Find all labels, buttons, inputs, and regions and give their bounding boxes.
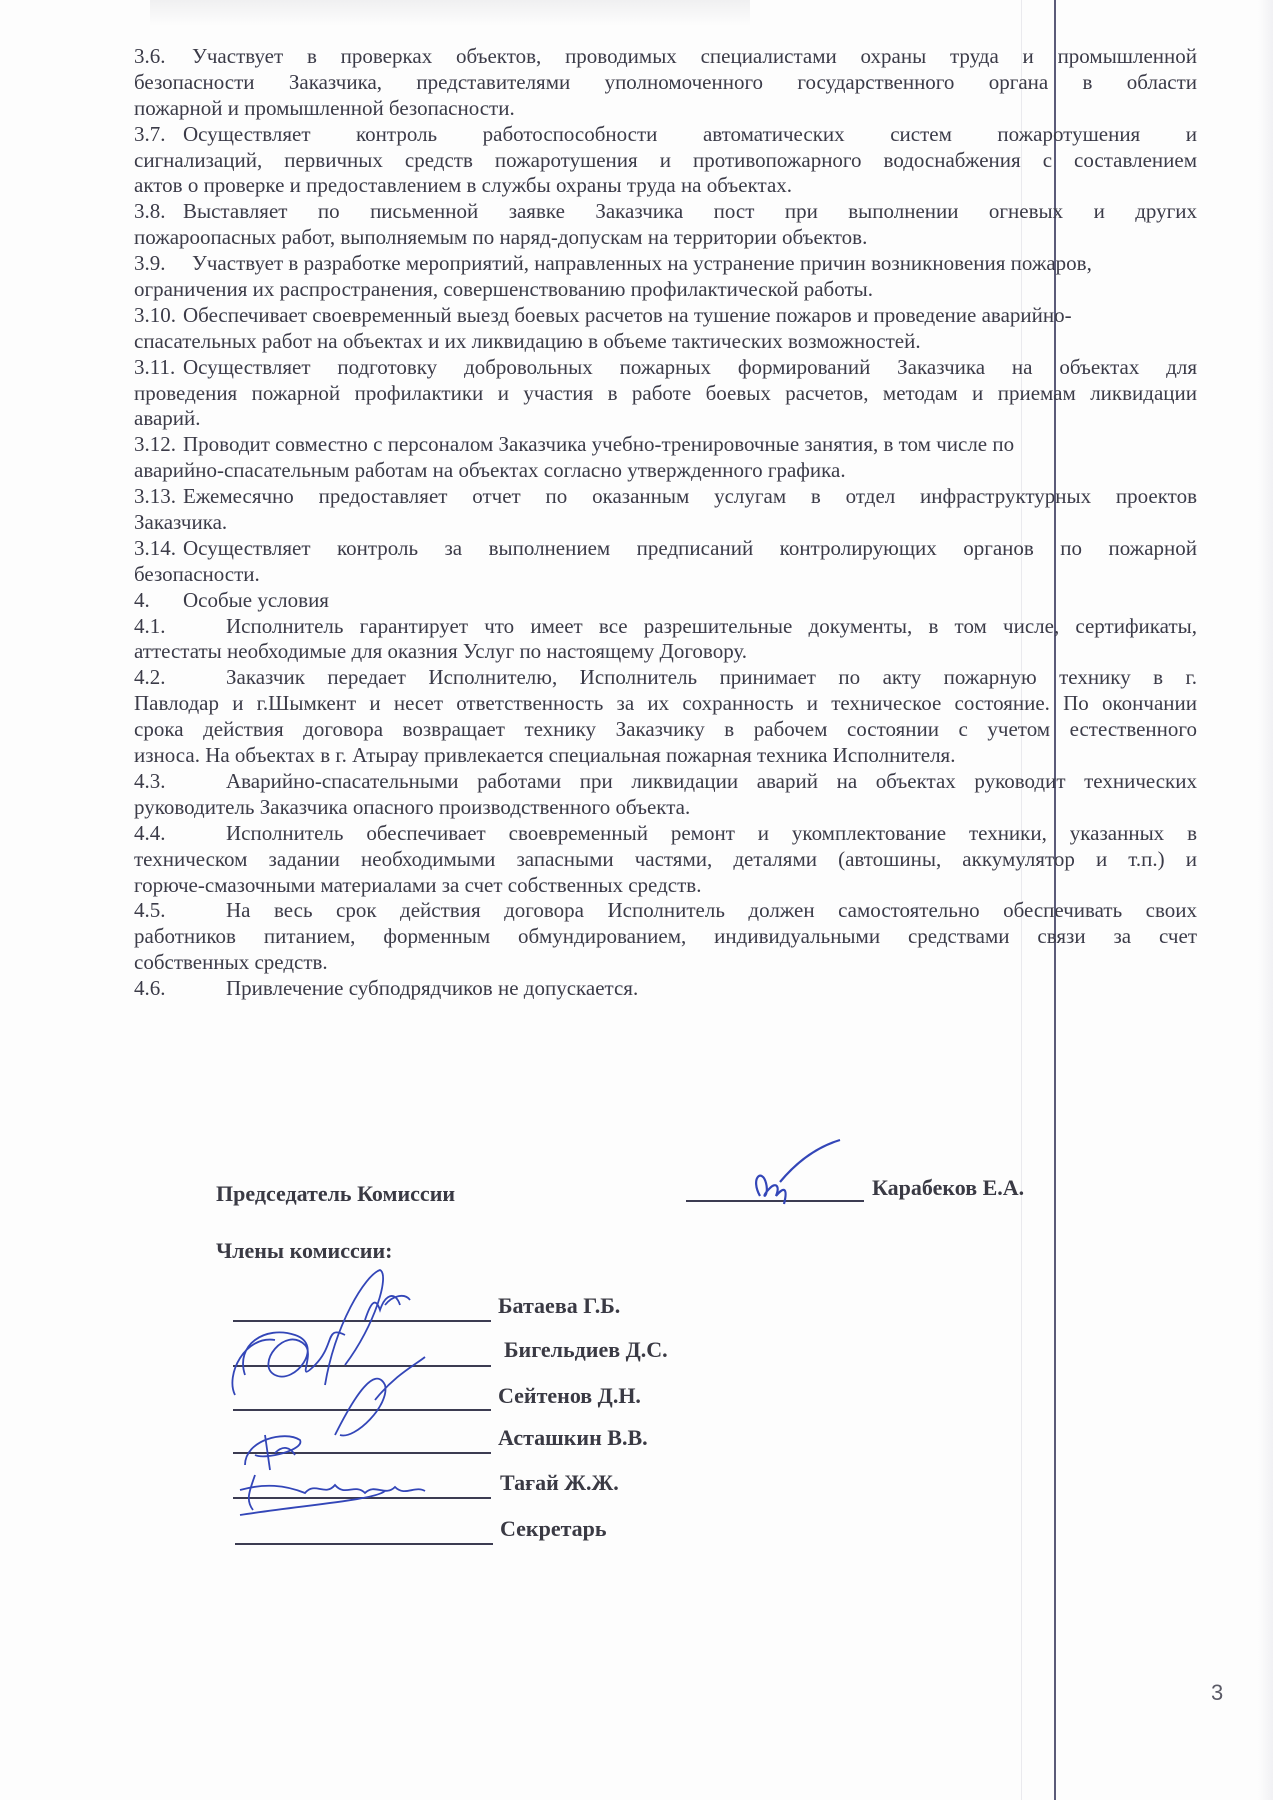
clause-number: 4.2. <box>134 665 226 691</box>
clause-3-8-line-2: пожароопасных работ, выполняемым по наря… <box>134 225 1197 251</box>
member-name-2: Бигельдиев Д.С. <box>504 1337 668 1363</box>
clause-3-11-line-2: проведения пожарной профилактики и участ… <box>134 381 1197 407</box>
member-name-6: Секретарь <box>500 1516 607 1542</box>
page-number: 3 <box>1211 1680 1223 1706</box>
clause-text: Заказчик передает Исполнителю, Исполните… <box>226 665 1197 689</box>
clause-number: 4.1. <box>134 614 226 640</box>
clause-number: 3.12. <box>134 432 183 458</box>
clause-number: 4.3. <box>134 769 226 795</box>
clause-text: Ежемесячно предоставляет отчет по оказан… <box>183 484 1197 508</box>
clause-number: 3.7. <box>134 122 183 148</box>
clause-4-2-line-3: срока действия договора возвращает техни… <box>134 717 1197 743</box>
clause-3-10-line-2: спасательных работ на объектах и их ликв… <box>134 329 1197 355</box>
chairman-signature-icon <box>740 1138 850 1218</box>
clause-4-6-line-1: 4.6.Привлечение субподрядчиков не допуск… <box>134 976 1197 1002</box>
clause-3-7-line-2: сигнализаций, первичных средств пожароту… <box>134 148 1197 174</box>
clause-text: Осуществляет контроль за выполнением пре… <box>183 536 1197 560</box>
contract-clauses: 3.6.Участвует в проверках объектов, пров… <box>134 44 1197 1002</box>
page-edge-shadow <box>1258 0 1273 1800</box>
clause-text: Участвует в проверках объектов, проводим… <box>192 44 1197 68</box>
clause-text: Осуществляет подготовку добровольных пож… <box>183 355 1197 379</box>
clause-4-1-line-1: 4.1.Исполнитель гарантирует что имеет вс… <box>134 614 1197 640</box>
clause-3-6-line-1: 3.6.Участвует в проверках объектов, пров… <box>134 44 1197 70</box>
clause-number: 4.6. <box>134 976 226 1002</box>
section-number: 4. <box>134 588 183 614</box>
member-name-1: Батаева Г.Б. <box>498 1293 620 1319</box>
document-page: 3.6.Участвует в проверках объектов, пров… <box>0 0 1273 1800</box>
clause-3-13-line-1: 3.13.Ежемесячно предоставляет отчет по о… <box>134 484 1197 510</box>
clause-text: На весь срок действия договора Исполните… <box>226 898 1197 922</box>
clause-text: Осуществляет контроль работоспособности … <box>183 122 1197 146</box>
clause-number: 3.6. <box>134 44 192 70</box>
clause-number: 3.14. <box>134 536 183 562</box>
member-name-4: Асташкин В.В. <box>498 1425 648 1451</box>
clause-3-6-line-2: безопасности Заказчика, представителями … <box>134 70 1197 96</box>
clause-3-6-line-3: пожарной и промышленной безопасности. <box>134 96 1197 122</box>
clause-number: 3.13. <box>134 484 183 510</box>
clause-3-14-line-1: 3.14.Осуществляет контроль за выполнение… <box>134 536 1197 562</box>
clause-4-2-line-2: Павлодар и г.Шымкент и несет ответственн… <box>134 691 1197 717</box>
clause-4-1-line-2: аттестаты необходимые для оказния Услуг … <box>134 639 1197 665</box>
clause-text: Проводит совместно с персоналом Заказчик… <box>183 432 1014 456</box>
clause-3-7-line-3: актов о проверке и предоставлением в слу… <box>134 173 1197 199</box>
clause-text: Участвует в разработке мероприятий, напр… <box>192 251 1092 275</box>
clause-3-14-line-2: безопасности. <box>134 562 1197 588</box>
clause-4-4-line-1: 4.4.Исполнитель обеспечивает своевременн… <box>134 821 1197 847</box>
member-name-3: Сейтенов Д.Н. <box>498 1383 641 1409</box>
clause-3-12-line-1: 3.12.Проводит совместно с персоналом Зак… <box>134 432 1197 458</box>
clause-4-2-line-4: износа. На объектах в г. Атырау привлека… <box>134 743 1197 769</box>
clause-4-5-line-1: 4.5.На весь срок действия договора Испол… <box>134 898 1197 924</box>
clause-number: 4.5. <box>134 898 226 924</box>
clause-3-11-line-1: 3.11.Осуществляет подготовку добровольны… <box>134 355 1197 381</box>
clause-4-5-line-3: собственных средств. <box>134 950 1197 976</box>
member-signature-line-6 <box>235 1543 493 1545</box>
member-name-5: Тағай Ж.Ж. <box>500 1470 619 1496</box>
chairman-name: Карабеков Е.А. <box>872 1175 1024 1201</box>
clause-3-9-line-1: 3.9.Участвует в разработке мероприятий, … <box>134 251 1197 277</box>
clause-text: Выставляет по письменной заявке Заказчик… <box>183 199 1197 223</box>
clause-4-2-line-1: 4.2.Заказчик передает Исполнителю, Испол… <box>134 665 1197 691</box>
clause-number: 3.10. <box>134 303 183 329</box>
clause-3-11-line-3: аварий. <box>134 406 1197 432</box>
clause-3-13-line-2: Заказчика. <box>134 510 1197 536</box>
clause-3-10-line-1: 3.10.Обеспечивает своевременный выезд бо… <box>134 303 1197 329</box>
clause-3-8-line-1: 3.8.Выставляет по письменной заявке Зака… <box>134 199 1197 225</box>
clause-3-9-line-2: ограничения их распространения, совершен… <box>134 277 1197 303</box>
clause-text: Исполнитель обеспечивает своевременный р… <box>226 821 1197 845</box>
scan-artifact <box>150 0 750 26</box>
clause-text: Аварийно-спасательными работами при ликв… <box>226 769 1197 793</box>
clause-4-4-line-2: техническом задании необходимыми запасны… <box>134 847 1197 873</box>
clause-number: 3.11. <box>134 355 183 381</box>
clause-text: Обеспечивает своевременный выезд боевых … <box>183 303 1072 327</box>
members-label: Члены комиссии: <box>216 1238 392 1264</box>
section-4-heading: 4.Особые условия <box>134 588 1197 614</box>
clause-text: Исполнитель гарантирует что имеет все ра… <box>226 614 1197 638</box>
clause-number: 4.4. <box>134 821 226 847</box>
clause-3-12-line-2: аварийно-спасательным работам на объекта… <box>134 458 1197 484</box>
clause-number: 3.9. <box>134 251 192 277</box>
chairman-label: Председатель Комиссии <box>216 1181 455 1207</box>
clause-4-5-line-2: работников питанием, форменным обмундиро… <box>134 924 1197 950</box>
clause-number: 3.8. <box>134 199 183 225</box>
clause-text: Привлечение субподрядчиков не допускаетс… <box>226 976 638 1000</box>
clause-4-3-line-1: 4.3.Аварийно-спасательными работами при … <box>134 769 1197 795</box>
clause-4-3-line-2: руководитель Заказчика опасного производ… <box>134 795 1197 821</box>
clause-3-7-line-1: 3.7.Осуществляет контроль работоспособно… <box>134 122 1197 148</box>
member-signatures-icon <box>225 1265 505 1525</box>
clause-4-4-line-3: горюче-смазочными материалами за счет со… <box>134 873 1197 899</box>
section-title: Особые условия <box>183 588 329 612</box>
